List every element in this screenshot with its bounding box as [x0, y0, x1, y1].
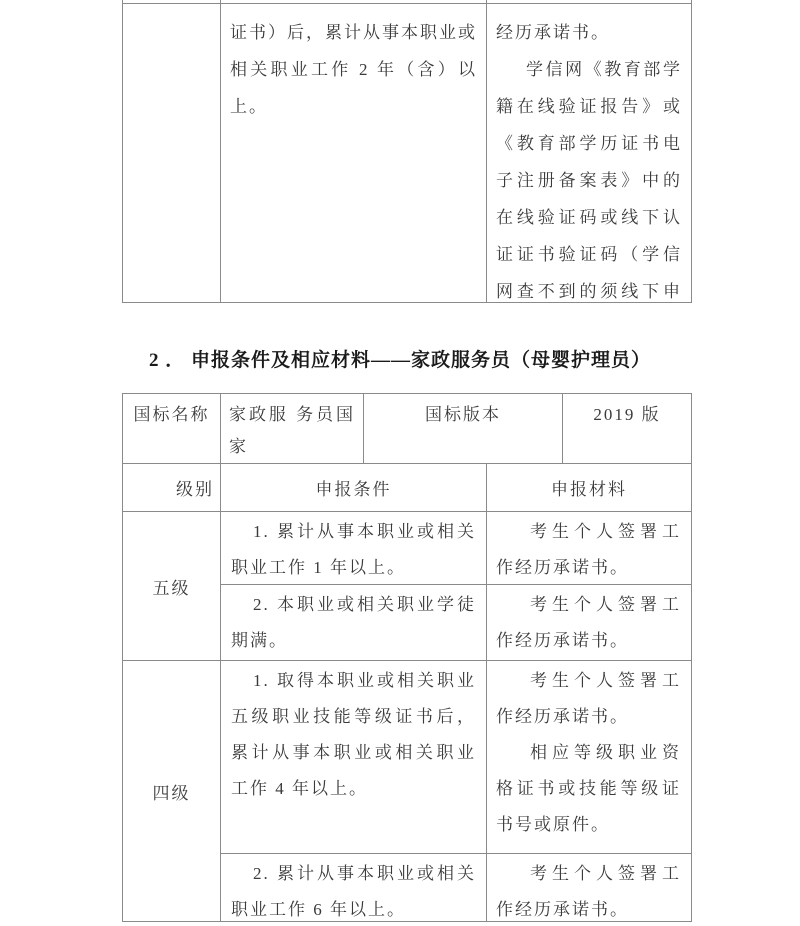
standard-info-row: 国标名称 家政服 务员国家 职业技能标准 国标版本 2019 版 [123, 394, 691, 463]
standard-name-line: 家政服 务员国家 [229, 399, 355, 463]
condition-cell: 证书）后，累计从事本职业或相关职业工作 2 年（含）以上。 [221, 0, 487, 302]
condition-cell: 1. 累计从事本职业或相关职业工作 1 年以上。 [221, 512, 487, 584]
condition-paragraph: 1. 取得本职业或相关职业五级职业技能等级证书后，累计从事本职业或相关职业工作 … [231, 663, 476, 807]
header-material: 申报材料 [487, 464, 691, 511]
condition-paragraph: 2. 累计从事本职业或相关职业工作 6 年以上。 [231, 856, 476, 921]
standard-version-value: 2019 版 [563, 394, 691, 463]
material-cell: 考生个人签署工作经历承诺书。 [487, 585, 691, 660]
condition-cell: 2. 本职业或相关职业学徒期满。 [221, 585, 487, 660]
condition-paragraph: 1. 累计从事本职业或相关职业工作 1 年以上。 [231, 514, 476, 584]
material-paragraph: 考生个人签署工作经历承诺书。 [496, 587, 681, 659]
header-level: 级别 [123, 464, 221, 511]
standard-name-label: 国标名称 [123, 394, 221, 463]
level-4-row-1: 1. 取得本职业或相关职业五级职业技能等级证书后，累计从事本职业或相关职业工作 … [221, 661, 691, 853]
level-5-row-1: 1. 累计从事本职业或相关职业工作 1 年以上。 考生个人签署工作经历承诺书。 [221, 512, 691, 584]
header-condition: 申报条件 [221, 464, 487, 511]
document-page: 证书）后，累计从事本职业或相关职业工作 2 年（含）以上。 经历承诺书。 学信网… [0, 0, 800, 926]
material-paragraph: 考生个人签署工作经历承诺书。 [496, 856, 681, 921]
level-5-row-2: 2. 本职业或相关职业学徒期满。 考生个人签署工作经历承诺书。 [221, 584, 691, 660]
level-5-block: 五级 1. 累计从事本职业或相关职业工作 1 年以上。 考生个人签署工作经历承诺… [123, 511, 691, 660]
condition-cell: 1. 取得本职业或相关职业五级职业技能等级证书后，累计从事本职业或相关职业工作 … [221, 661, 487, 853]
condition-paragraph: 证书）后，累计从事本职业或相关职业工作 2 年（含）以上。 [230, 14, 477, 125]
material-cell: 考生个人签署工作经历承诺书。 相应等级职业资格证书或技能等级证书号或原件。 [487, 661, 691, 853]
standard-requirements-table: 国标名称 家政服 务员国家 职业技能标准 国标版本 2019 版 级别 申报条件… [122, 393, 692, 922]
material-paragraph: 经历承诺书。 [496, 14, 682, 51]
column-header-row: 级别 申报条件 申报材料 [123, 463, 691, 511]
standard-name-value: 家政服 务员国家 职业技能标准 [221, 394, 364, 463]
continued-requirements-table: 证书）后，累计从事本职业或相关职业工作 2 年（含）以上。 经历承诺书。 学信网… [122, 0, 692, 303]
material-cell: 经历承诺书。 学信网《教育部学籍在线验证报告》或《教育部学历证书电子注册备案表》… [487, 0, 691, 302]
section-heading: 2 ． 申报条件及相应材料——家政服务员（母婴护理员） [0, 346, 800, 376]
material-cell: 考生个人签署工作经历承诺书。 [487, 512, 691, 584]
level-5-label: 五级 [123, 512, 221, 660]
material-cell: 考生个人签署工作经历承诺书。 [487, 854, 691, 921]
level-4-block: 四级 1. 取得本职业或相关职业五级职业技能等级证书后，累计从事本职业或相关职业… [123, 660, 691, 921]
material-paragraph: 考生个人签署工作经历承诺书。 [496, 663, 681, 735]
condition-paragraph: 2. 本职业或相关职业学徒期满。 [231, 587, 476, 659]
level-label-cell-empty [123, 0, 221, 302]
material-paragraph: 相应等级职业资格证书或技能等级证书号或原件。 [496, 735, 681, 843]
material-paragraph: 学信网《教育部学籍在线验证报告》或《教育部学历证书电子注册备案表》中的在线验证码… [496, 51, 682, 302]
row-divider-line [123, 3, 691, 4]
standard-version-label: 国标版本 [364, 394, 563, 463]
level-4-row-2: 2. 累计从事本职业或相关职业工作 6 年以上。 考生个人签署工作经历承诺书。 [221, 853, 691, 921]
level-4-label: 四级 [123, 661, 221, 921]
condition-cell: 2. 累计从事本职业或相关职业工作 6 年以上。 [221, 854, 487, 921]
material-paragraph: 考生个人签署工作经历承诺书。 [496, 514, 681, 584]
